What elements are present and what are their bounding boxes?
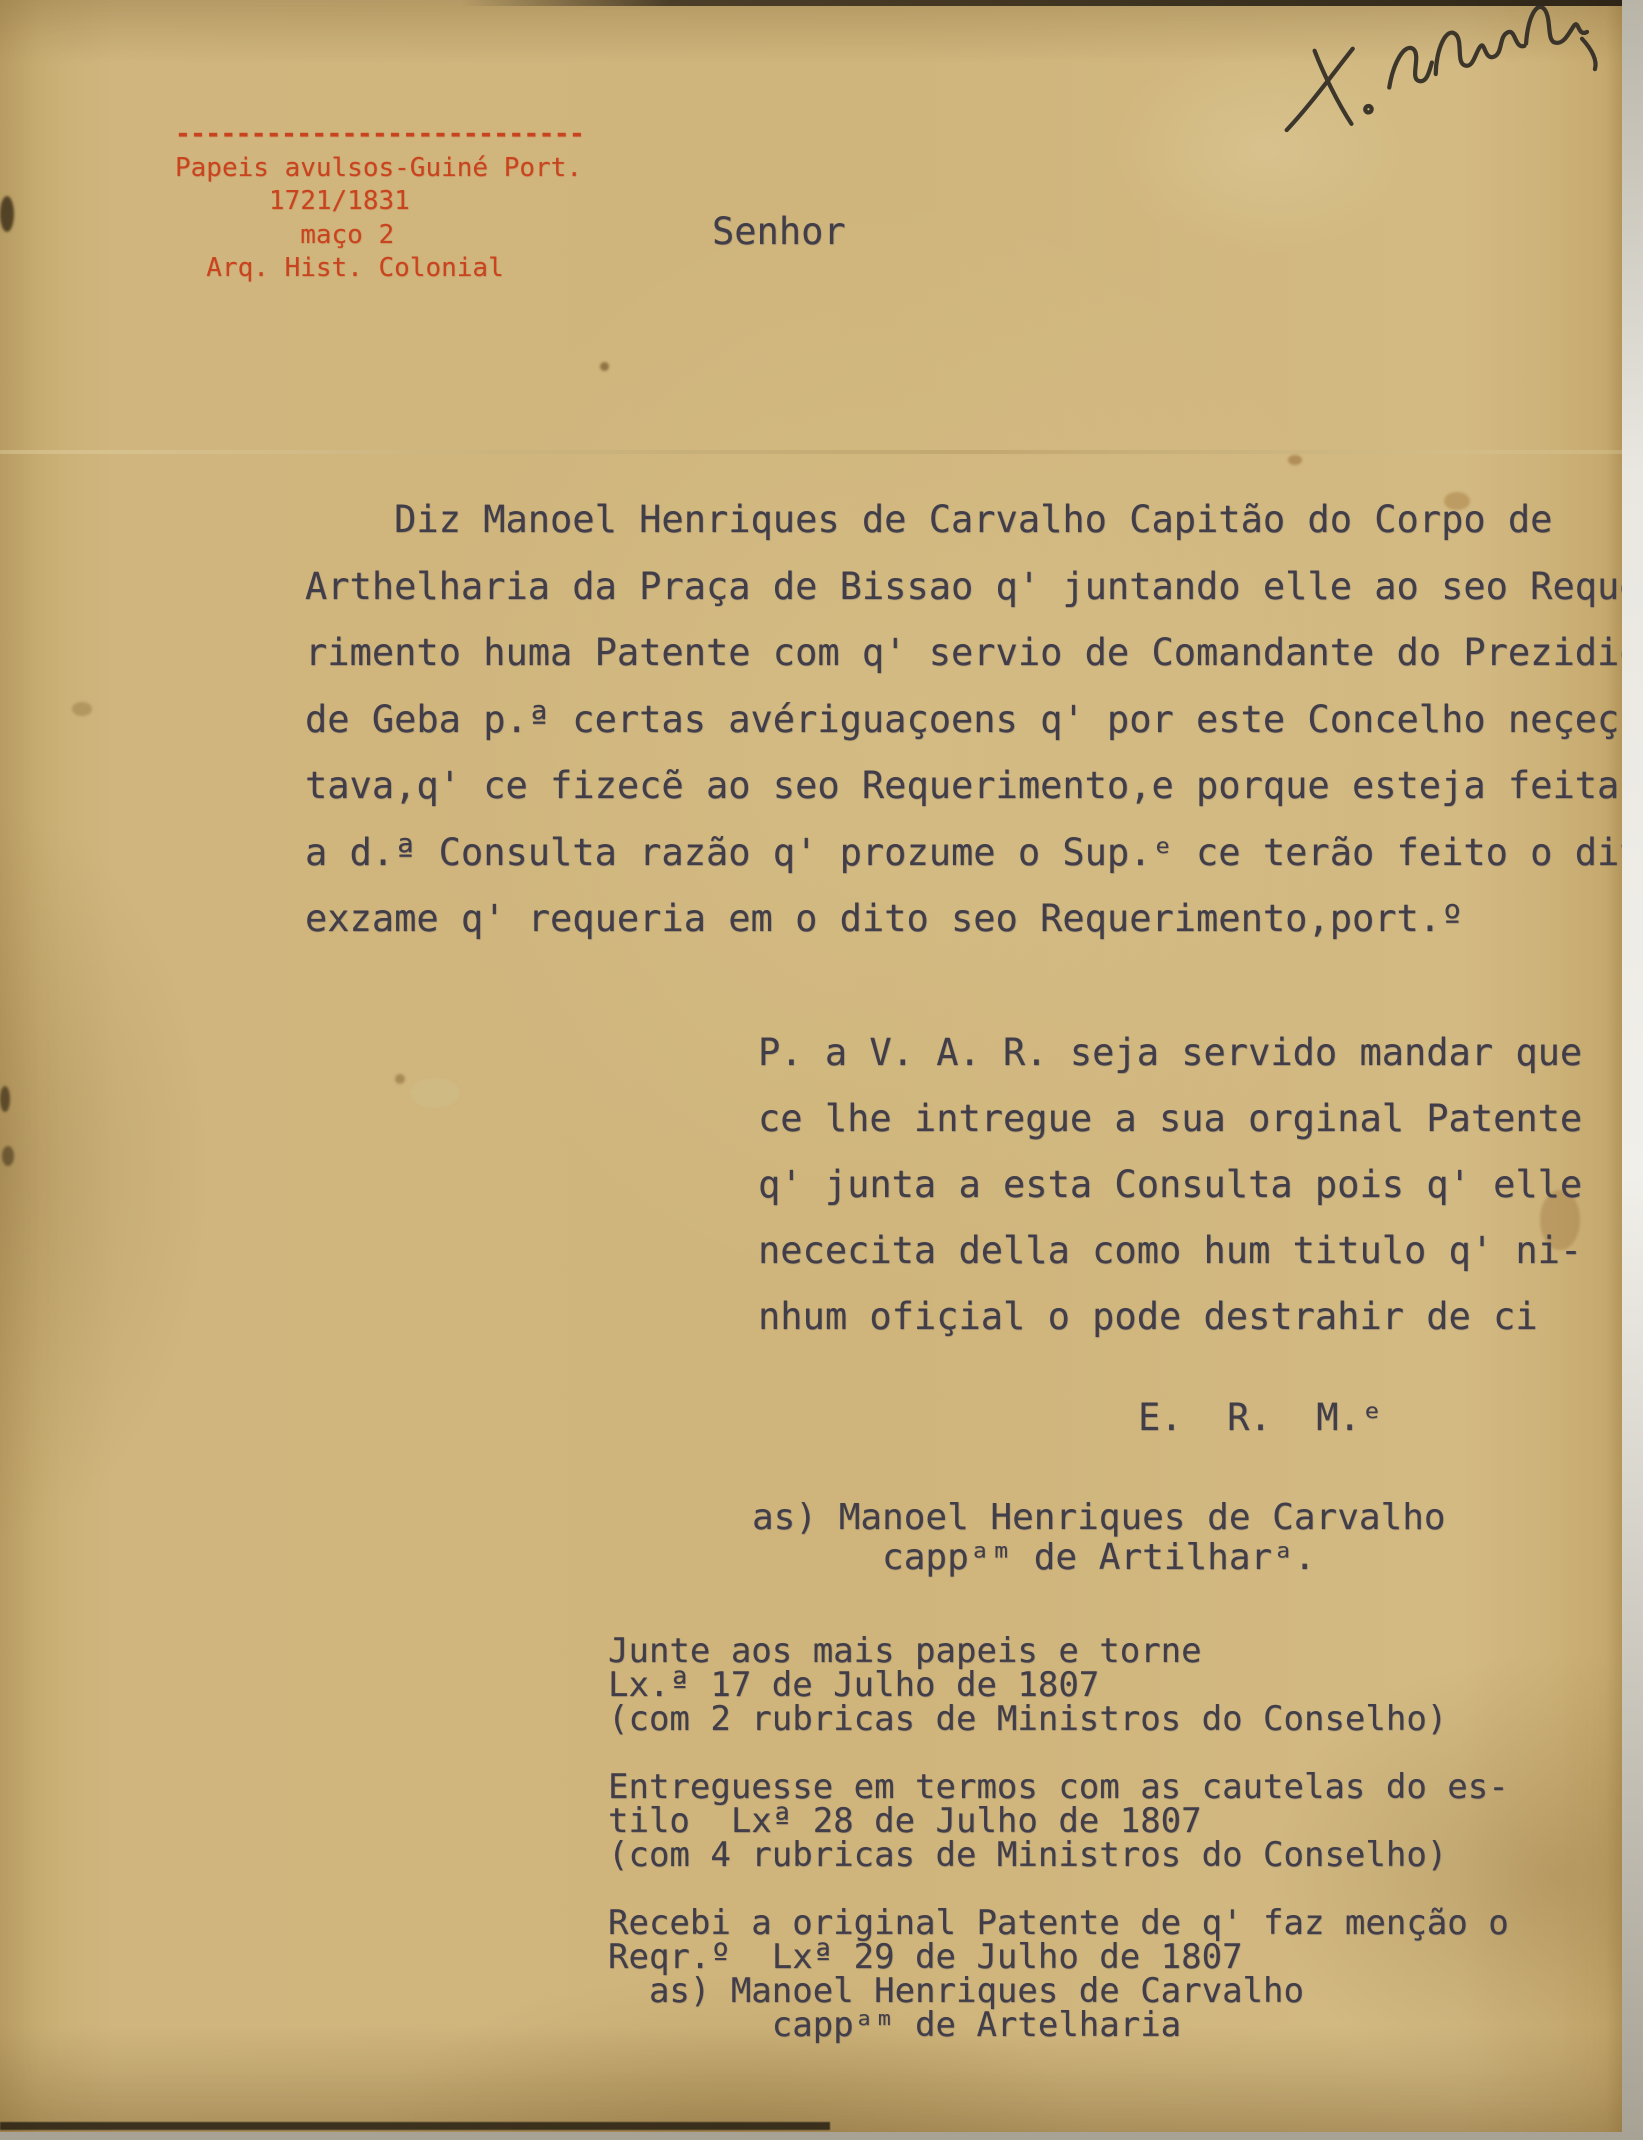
stamp-collection: Papeis avulsos-Guiné Port. (175, 152, 584, 186)
text-line: nececita della como hum titulo q' ni- (758, 1218, 1582, 1284)
petition-body: Diz Manoel Henriques de Carvalho Capitão… (305, 487, 1622, 953)
text-line: P. a V. A. R. seja servido mandar que (758, 1020, 1582, 1086)
text-line: de Geba p.ª certas avériguaçoens q' por … (305, 687, 1622, 754)
paper-crease (0, 450, 1622, 454)
text-line: (com 2 rubricas de Ministros do Conselho… (608, 1702, 1447, 1736)
text-line: exzame q' requeria em o dito seo Requeri… (305, 886, 1622, 953)
stain (600, 362, 609, 371)
text-line: Arthelharia da Praça de Bissao q' juntan… (305, 554, 1622, 621)
text-line: Reqr.º Lxª 29 de Julho de 1807 (608, 1940, 1509, 1974)
stain (410, 1078, 460, 1108)
text-line: a d.ª Consulta razão q' prozume o Sup.ᵉ … (305, 820, 1622, 887)
stain (395, 1074, 405, 1084)
despacho-1: Junte aos mais papeis e torne Lx.ª 17 de… (608, 1634, 1447, 1736)
text-line: Entreguesse em termos com as cautelas do… (608, 1770, 1509, 1804)
scanned-document: { "archive_stamp": { "dashes": "--------… (0, 0, 1643, 2140)
stain (0, 1086, 10, 1112)
stain (0, 196, 14, 232)
stain (72, 702, 92, 716)
text-line: Diz Manoel Henriques de Carvalho Capitão… (305, 487, 1622, 554)
document-page: --------------------------- Papeis avuls… (0, 0, 1622, 2132)
stain (2, 1146, 14, 1166)
stamp-dashed-line: --------------------------- (175, 118, 584, 152)
text-line: tilo Lxª 28 de Julho de 1807 (608, 1804, 1509, 1838)
closing-formula: E. R. M.ᵉ (1138, 1396, 1383, 1439)
text-line: ce lhe intregue a sua orginal Patente (758, 1086, 1582, 1152)
text-line: q' junta a esta Consulta pois q' elle (758, 1152, 1582, 1218)
text-line: rimento huma Patente com q' servio de Co… (305, 620, 1622, 687)
page-edge-bottom (0, 2122, 830, 2130)
stain (1288, 455, 1302, 465)
text-line: (com 4 rubricas de Ministros do Conselho… (608, 1838, 1509, 1872)
stamp-archive-name: Arq. Hist. Colonial (175, 252, 584, 286)
despacho-2: Entreguesse em termos com as cautelas do… (608, 1770, 1509, 1872)
stamp-bundle: maço 2 (175, 219, 584, 253)
despacho-3: Recebi a original Patente de q' faz menç… (608, 1906, 1509, 2042)
text-line: nhum ofiçial o pode destrahir de ci (758, 1284, 1582, 1350)
signature-name: as) Manoel Henriques de Carvalho (752, 1498, 1446, 1538)
text-line: Lx.ª 17 de Julho de 1807 (608, 1668, 1447, 1702)
text-line: Junte aos mais papeis e torne (608, 1634, 1447, 1668)
signature-block: as) Manoel Henriques de Carvalho cappᵃᵐ … (752, 1498, 1446, 1578)
text-line: cappᵃᵐ de Artelharia (608, 2008, 1509, 2042)
stamp-date-range: 1721/1831 (175, 185, 584, 219)
text-line: tava,q' ce fizecẽ ao seo Requerimento,e … (305, 753, 1622, 820)
petition-request: P. a V. A. R. seja servido mandar que ce… (758, 1020, 1582, 1350)
archive-stamp: --------------------------- Papeis avuls… (175, 118, 584, 286)
text-line: Recebi a original Patente de q' faz menç… (608, 1906, 1509, 1940)
text-line: as) Manoel Henriques de Carvalho (608, 1974, 1509, 2008)
salutation: Senhor (712, 210, 846, 253)
handwritten-signature (1254, 0, 1622, 156)
signature-rank: cappᵃᵐ de Artilharᵃ. (752, 1538, 1446, 1578)
